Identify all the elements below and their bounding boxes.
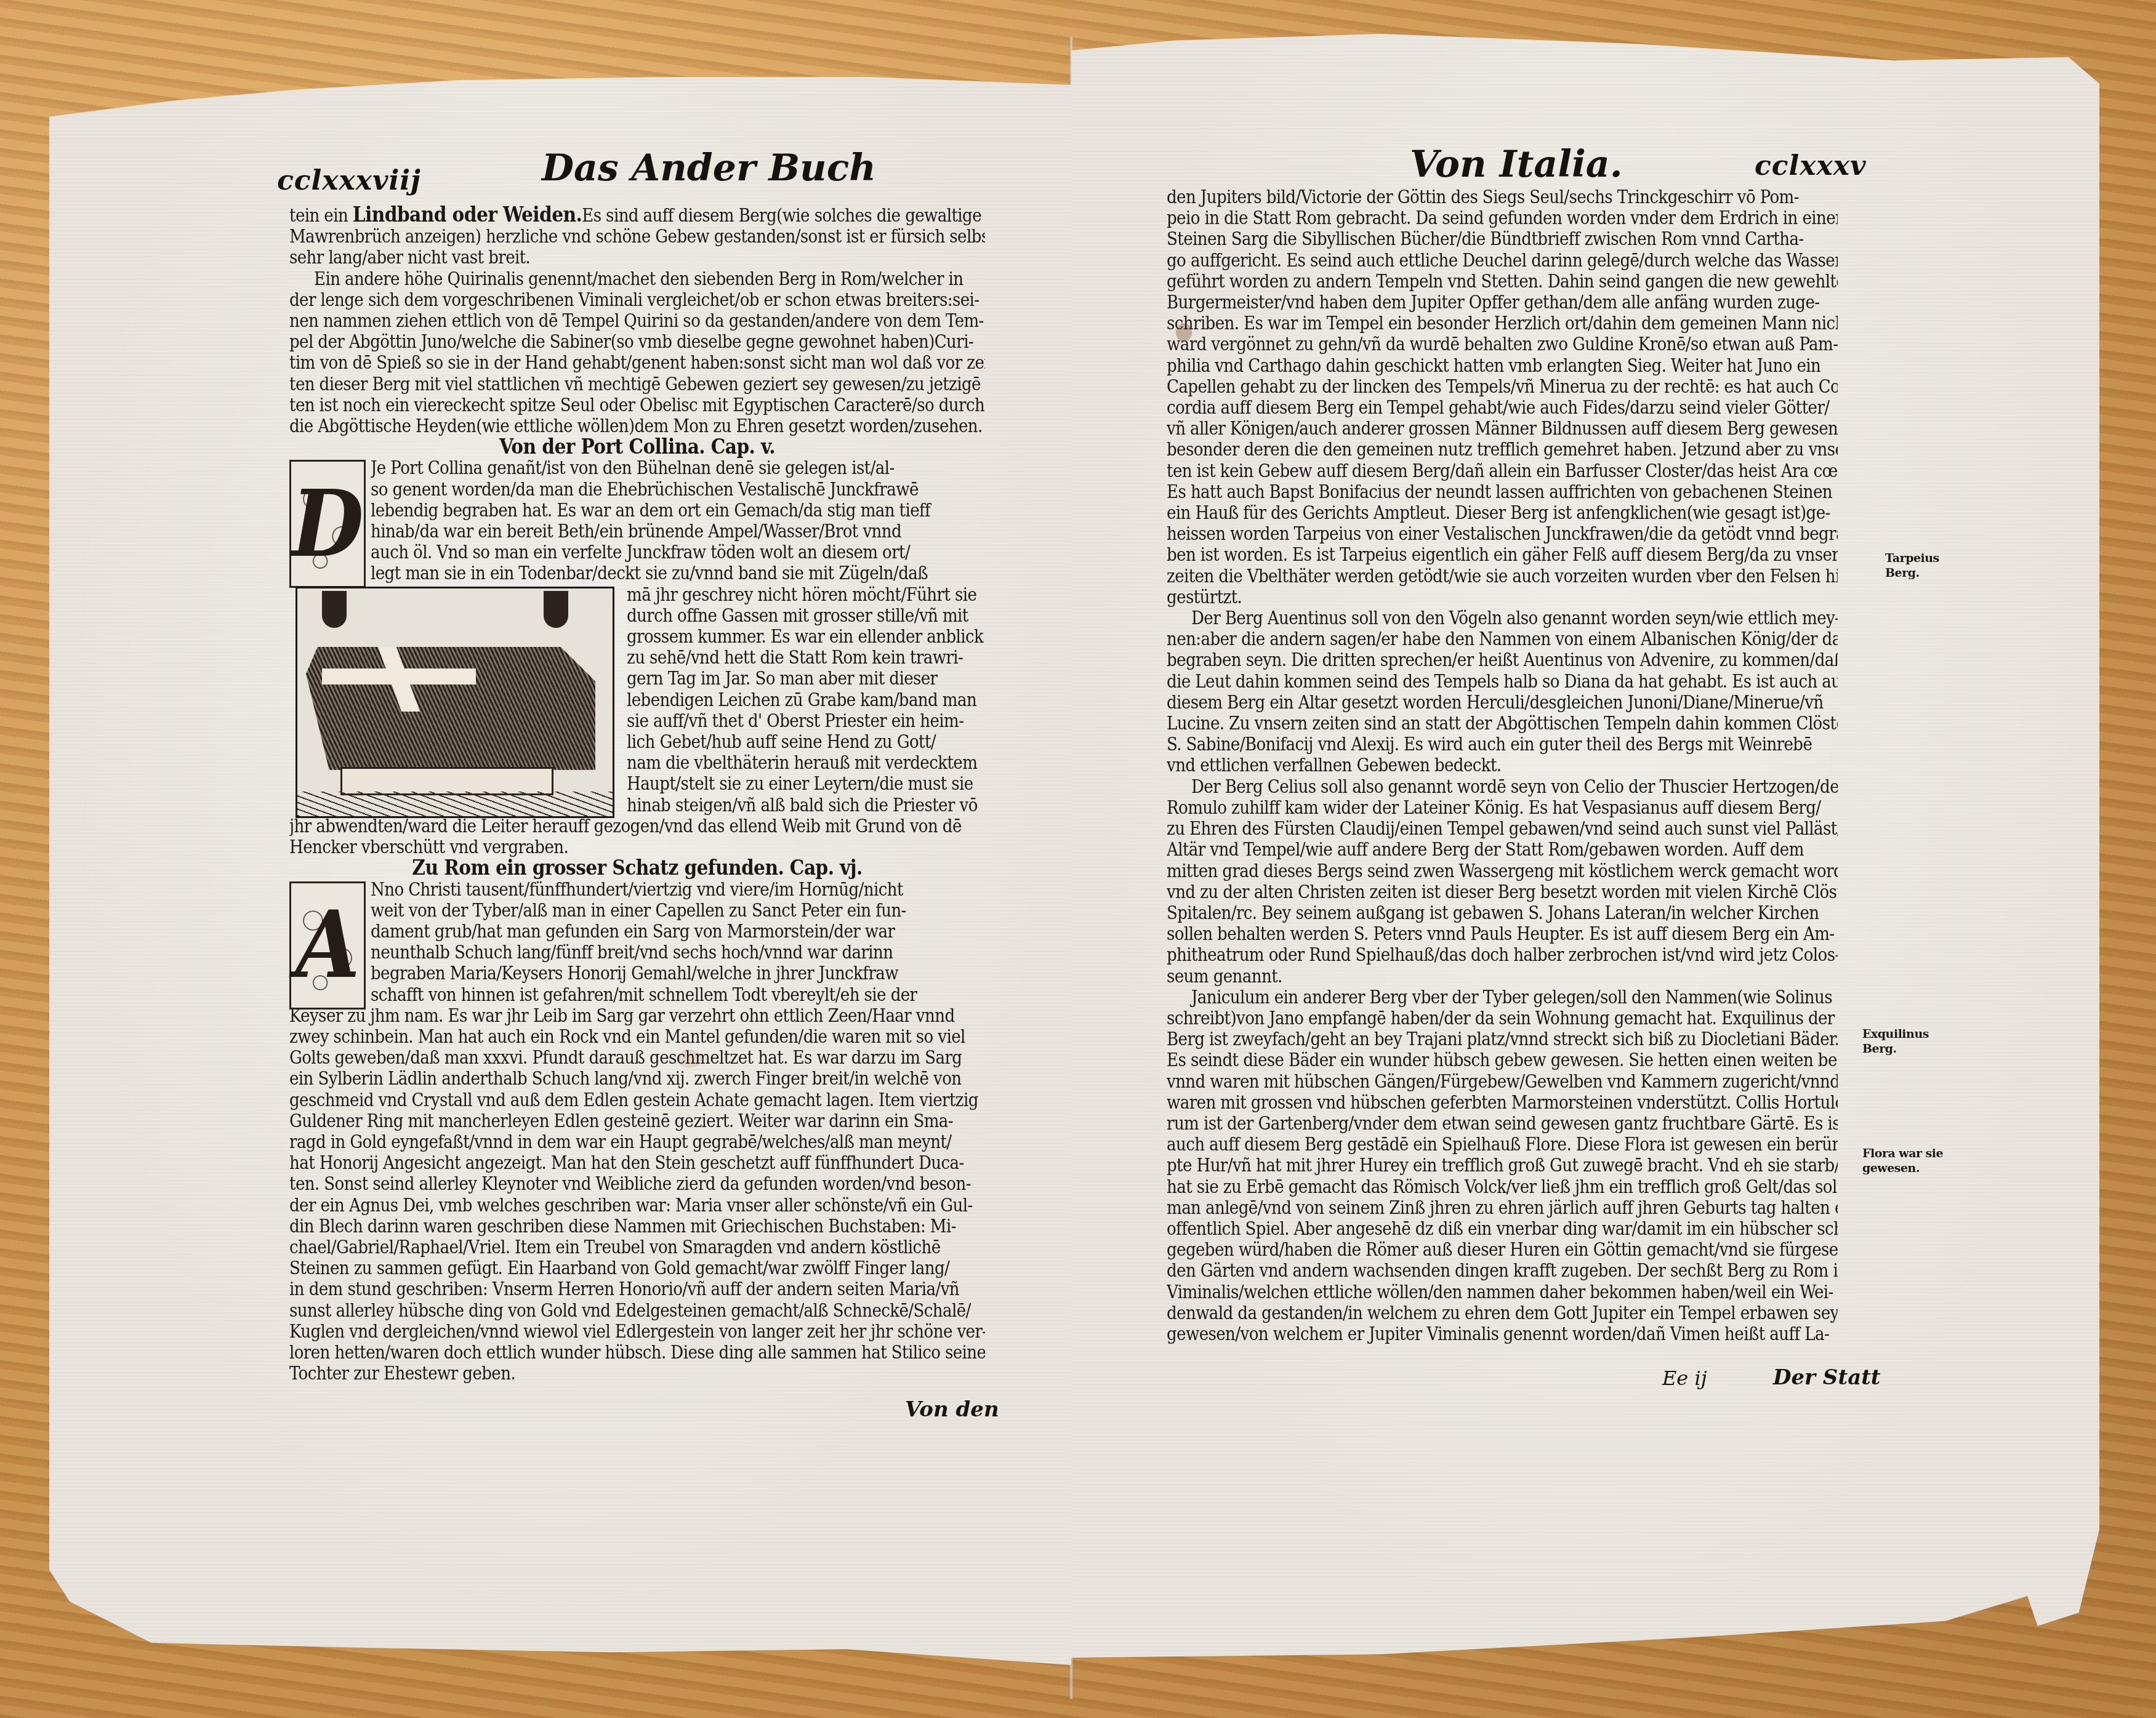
text-line: chael/Gabriel/Raphael/Vriel. Item ein Tr… xyxy=(289,1237,985,1258)
text-line: Mawrenbrüch anzeigen) herzliche vnd schö… xyxy=(289,226,985,247)
text-line: zu sehē/vnd hett die Statt Rom kein traw… xyxy=(627,647,985,668)
decorated-initial-a: A xyxy=(289,881,366,1010)
text-line: begraben seyn. Die dritten sprechen/er h… xyxy=(1167,649,1838,670)
chapter-heading: Zu Rom ein grosser Schatz gefunden. Cap.… xyxy=(289,857,985,878)
text-line: denwald da gestanden/in welchem zu ehren… xyxy=(1167,1303,1838,1323)
text-line: Golts geweben/daß man xxxvi. Pfundt dara… xyxy=(289,1047,985,1068)
text-line: ragd in Gold eyngefaßt/vnnd in dem war e… xyxy=(289,1131,985,1152)
text-line: gegeben würd/haben die Römer auß dieser … xyxy=(1167,1239,1838,1260)
left-folio-number: cclxxxviij xyxy=(277,165,421,196)
text-line: den Jupiters bild/Victorie der Göttin de… xyxy=(1167,187,1838,207)
decorated-initial-d: D xyxy=(289,460,366,588)
text-line: mitten grad dieses Bergs seind zwen Wass… xyxy=(1167,861,1838,881)
woodcut-section: mā jhr geschrey nicht hören möcht/Führt … xyxy=(289,584,985,816)
text-line: besonder deren die den gemeinen nutz tre… xyxy=(1167,439,1838,460)
text-line: rum ist der Gartenberg/vnder dem etwan s… xyxy=(1167,1113,1838,1134)
text-line: hinab steigen/vñ alß bald sich die Pries… xyxy=(627,795,985,816)
text-line: ein Sylberin Lädlin anderthalb Schuch la… xyxy=(289,1068,985,1089)
text-line: jhr abwendten/ward die Leiter herauff ge… xyxy=(289,816,985,837)
text-line: legt man sie in ein Todenbar/deckt sie z… xyxy=(371,563,985,584)
text-line: Guldener Ring mit mancherleyen Edlen ges… xyxy=(289,1110,985,1131)
right-running-title: Von Italia. xyxy=(1410,143,1623,186)
text-line: Capellen gehabt zu der lincken des Tempe… xyxy=(1167,376,1838,397)
text-line: lebendigen Leichen zū Grabe kam/band man xyxy=(627,689,985,710)
text-line: zu Ehren des Fürsten Claudij/einen Tempe… xyxy=(1167,818,1838,839)
text-line: schafft von hinnen ist gefahren/mit schn… xyxy=(371,984,985,1005)
text-line: sie auff/vñ thet d' Oberst Priester ein … xyxy=(627,710,985,731)
text-line: begraben Maria/Keysers Honorij Gemahl/we… xyxy=(371,963,985,984)
text-line: Haupt/stelt sie zu einer Leytern/die mus… xyxy=(627,773,985,794)
text-line: weit von der Tyber/alß man in einer Cape… xyxy=(371,900,985,921)
text-line: nam die vbelthäterin herauß mit verdeckt… xyxy=(627,752,985,773)
text-line: man anlegē/vnd von seinem Zinß jhren zu … xyxy=(1167,1197,1838,1218)
left-running-title: Das Ander Buch xyxy=(542,147,876,190)
marginal-note-exquilinus: Exquilinus Berg. xyxy=(1862,1027,1929,1056)
chapter-5-body: D Je Port Collina genañt/ist von den Büh… xyxy=(289,457,985,584)
text-line: Hencker vberschütt vnd vergraben. xyxy=(289,837,985,857)
hanging-lamp-icon xyxy=(544,591,568,628)
text-line: diesem Berg ein Altar gesetzt worden Her… xyxy=(1167,692,1838,713)
text-line: schreibt)von Jano empfangē haben/der da … xyxy=(1167,1008,1838,1029)
text-line: mā jhr geschrey nicht hören möcht/Führt … xyxy=(627,584,985,605)
text-line: Berg ist zweyfach/geht an bey Trajani pl… xyxy=(1167,1029,1838,1050)
text-line: sollen behalten werden S. Peters vnnd Pa… xyxy=(1167,923,1838,944)
text-line: heissen worden Tarpeius von einer Vestal… xyxy=(1167,523,1838,544)
text-line: Romulo zuhilff kam wider der Lateiner Kö… xyxy=(1167,797,1838,818)
text-line: Lucine. Zu vnsern zeiten sind an statt d… xyxy=(1167,713,1838,734)
text-line: tim von dē Spieß so sie in der Hand geha… xyxy=(289,352,985,373)
text-line: sehr lang/aber nicht vast breit. xyxy=(289,247,985,268)
text-line: vñ aller Königen/auch anderer grossen Mä… xyxy=(1167,418,1838,439)
text-line: gewesen/von welchem er Jupiter Viminalis… xyxy=(1167,1323,1838,1344)
left-text-block: tein ein Lindband oder Weiden.Es sind au… xyxy=(289,204,985,1384)
text-line: Je Port Collina genañt/ist von den Bühel… xyxy=(371,457,985,478)
text-line: pte Hur/vñ hat mit jhrer Hurey ein treff… xyxy=(1167,1155,1838,1176)
chapter-6-body: A Nno Christi tausent/fünffhundert/viert… xyxy=(289,879,985,1005)
text-line: loren hetten/waren doch ettlich wunder h… xyxy=(289,1342,985,1363)
text-line: zwey schinbein. Man hat auch ein Rock vn… xyxy=(289,1026,985,1047)
text-line: schriben. Es war im Tempel ein besonder … xyxy=(1167,313,1838,334)
text-line: vnnd waren mit hübschen Gängen/Fürgebew/… xyxy=(1167,1071,1838,1092)
text-line: ten ist kein Gebew auff diesem Berg/dañ … xyxy=(1167,460,1838,481)
text-line: peio in die Statt Rom gebracht. Da seind… xyxy=(1167,207,1838,228)
text-line: philia vnd Carthago dahin geschickt hatt… xyxy=(1167,355,1838,376)
text-line: nen:aber die andern sagen/er habe den Na… xyxy=(1167,628,1838,649)
text-line: gern Tag im Jar. So man aber mit dieser xyxy=(627,668,985,689)
text-line: vnd ettlichen verfallnen Gebewen bedeckt… xyxy=(1167,755,1838,776)
text-line: ben ist worden. Es ist Tarpeius eigentli… xyxy=(1167,544,1838,565)
text-line: vnd zu der alten Christen zeiten ist die… xyxy=(1167,881,1838,902)
text-line: ten ist noch ein viereckecht spitze Seul… xyxy=(289,395,985,415)
text-line: waren mit grossen vnd hübschen geferbten… xyxy=(1167,1092,1838,1113)
text-line: pel der Abgöttin Juno/welche die Sabiner… xyxy=(289,331,985,352)
text-line: hat sie zu Erbē gemacht das Römisch Volc… xyxy=(1167,1176,1838,1197)
text-line: Spitalen/rc. Bey seinem außgang ist geba… xyxy=(1167,902,1838,923)
text-line: ten. Sonst seind allerley Kleynoter vnd … xyxy=(289,1173,985,1194)
right-folio-number: cclxxxv xyxy=(1755,150,1867,182)
text-line: seum genannt. xyxy=(1167,966,1838,987)
text-line: Keyser zu jhm nam. Es war jhr Leib im Sa… xyxy=(289,1005,985,1026)
signature-mark: Ee ij xyxy=(1662,1367,1707,1390)
text-line: dament grub/hat man gefunden ein Sarg vo… xyxy=(371,921,985,942)
text-line: din Blech darinn waren geschriben diese … xyxy=(289,1216,985,1237)
text-line: nen nammen ziehen ettlich von dē Tempel … xyxy=(289,310,985,331)
text-line: Steinen Sarg die Sibyllischen Bücher/die… xyxy=(1167,228,1838,249)
text-line: ten dieser Berg mit viel stattlichen vñ … xyxy=(289,374,985,395)
text-line: Der Berg Auentinus soll von den Vögeln a… xyxy=(1167,608,1838,628)
text-line: geschmeid vnd Crystall vnd auß dem Edlen… xyxy=(289,1090,985,1110)
text-line: Ein andere höhe Quirinalis genennt/mache… xyxy=(289,268,985,289)
text-line: die Leut dahin kommen seind des Tempels … xyxy=(1167,671,1838,692)
hanging-lamp-icon xyxy=(322,591,347,628)
text-line: zeiten die Vbelthäter werden getödt/wie … xyxy=(1167,566,1838,587)
text-line: Steinen zu sammen gefügt. Ein Haarband v… xyxy=(289,1258,985,1278)
text-line: der ein Agnus Dei, vmb welches geschribe… xyxy=(289,1195,985,1216)
text-line: in dem stund geschriben: Vnserm Herren H… xyxy=(289,1278,985,1299)
text-line: Burgermeister/vnd haben dem Jupiter Opff… xyxy=(1167,292,1838,313)
text-line: S. Sabine/Bonifacij vnd Alexij. Es wird … xyxy=(1167,734,1838,755)
text-line: der lenge sich dem vorgeschribenen Vimin… xyxy=(289,289,985,310)
text-line: neunthalb Schuch lang/fünff breit/vnd se… xyxy=(371,942,985,963)
chapter-heading: Von der Port Collina. Cap. v. xyxy=(289,436,985,457)
text-line: die Abgöttische Heyden(wie ettliche wöll… xyxy=(289,415,985,436)
text-line: Es seindt diese Bäder ein wunder hübsch … xyxy=(1167,1050,1838,1070)
text-line: Viminalis/welchen ettliche wöllen/den na… xyxy=(1167,1282,1838,1303)
text-line: auch öl. Vnd so man ein verfelte Junckfr… xyxy=(371,542,985,563)
text-line: Es hatt auch Bapst Bonifacius der neundt… xyxy=(1167,481,1838,502)
ground-hatching xyxy=(297,792,613,816)
text-line: Janiculum ein anderer Berg vber der Tybe… xyxy=(1167,987,1838,1008)
text-line: Altär vnd Tempel/wie auff andere Berg de… xyxy=(1167,839,1838,860)
text-line: den Gärten vnd andern wachsenden dingen … xyxy=(1167,1260,1838,1281)
text-line: auch auff diesem Berg gestādē ein Spielh… xyxy=(1167,1134,1838,1155)
bier-casket-icon xyxy=(306,647,595,770)
text-line: so genent worden/da man die Ehebrüchisch… xyxy=(371,479,985,500)
text-line: cordia auff diesem Berg ein Tempel gehab… xyxy=(1167,397,1838,418)
text-line: Der Berg Celius soll also genannt wordē … xyxy=(1167,776,1838,797)
text-line: lebendig begraben hat. Es war an dem ort… xyxy=(371,500,985,521)
text-line: ein Hauß für des Gerichts Amptleut. Dies… xyxy=(1167,502,1838,523)
right-text-block: den Jupiters bild/Victorie der Göttin de… xyxy=(1167,187,1838,1344)
text-line: hat Honorij Angesicht angezeigt. Man hat… xyxy=(289,1152,985,1173)
text-line: Nno Christi tausent/fünffhundert/viertzi… xyxy=(371,879,985,900)
text-line: phitheatrum oder Rund Spielhauß/das doch… xyxy=(1167,944,1838,965)
text-line: hinab/da war ein bereit Beth/ein brünend… xyxy=(371,521,985,542)
text-line: grossem kummer. Es war ein ellender anbl… xyxy=(627,626,985,647)
text-line: tein ein Lindband oder Weiden.Es sind au… xyxy=(289,204,985,226)
text-line: sunst allerley hübsche ding von Gold vnd… xyxy=(289,1300,985,1321)
right-catchword: Der Statt xyxy=(1773,1365,1881,1390)
text-line: Tochter zur Ehestewr geben. xyxy=(289,1363,985,1384)
text-line: geführt worden zu andern Tempeln vnd Ste… xyxy=(1167,271,1838,292)
text-line: go auffgericht. Es seind auch ettliche D… xyxy=(1167,250,1838,271)
text-line: gestürtzt. xyxy=(1167,587,1838,608)
text-line: ward vergönnet zu gehn/vñ da wurdē behal… xyxy=(1167,334,1838,355)
woodcut-illustration-burial-vault xyxy=(296,587,614,818)
text-line: Kuglen vnd dergleichen/vnnd wiewol viel … xyxy=(289,1321,985,1342)
text-line: lich Gebet/hub auff seine Hend zu Gott/ xyxy=(627,731,985,752)
text-line: offentlich Spiel. Aber angesehē dz diß e… xyxy=(1167,1218,1838,1239)
marginal-note-tarpeius: Tarpeius Berg. xyxy=(1885,551,1939,580)
left-catchword: Von den xyxy=(905,1397,999,1422)
marginal-note-flora: Flora war sie gewesen. xyxy=(1862,1146,1943,1176)
text-line: durch offne Gassen mit grosser stille/vñ… xyxy=(627,605,985,626)
